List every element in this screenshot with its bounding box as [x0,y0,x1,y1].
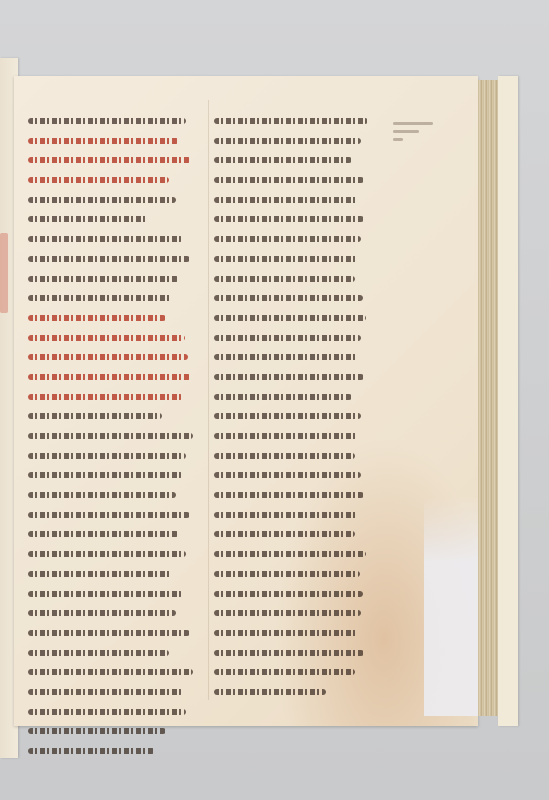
text-line [214,256,358,262]
text-line [214,472,361,478]
text-line [214,276,355,282]
text-line [214,197,358,203]
text-line [28,630,190,636]
text-line [214,138,361,144]
text-line [28,492,176,498]
text-line [28,610,176,616]
text-line [28,354,188,360]
text-line [28,177,169,183]
marginal-note [393,122,437,146]
text-line [28,748,155,754]
fore-edge [478,80,498,716]
text-line [28,669,193,675]
text-line [28,433,193,439]
text-line [28,256,190,262]
text-line [214,669,355,675]
text-line [214,374,364,380]
text-line [28,118,186,124]
text-line [214,335,361,341]
text-line [28,531,179,537]
text-line [28,512,190,518]
text-line [214,551,366,557]
book-cover-edge [498,76,518,726]
text-line [28,394,183,400]
text-line [28,295,172,301]
text-line [214,413,361,419]
text-line [214,354,358,360]
illumination-fragment [0,233,8,313]
text-line [28,413,162,419]
text-line [28,650,169,656]
text-line [214,531,355,537]
text-line [28,216,148,222]
text-line [214,295,363,301]
text-line [214,216,364,222]
left-text-column [28,118,200,768]
text-line [28,335,185,341]
text-line [214,118,368,124]
text-line [214,689,326,695]
right-text-column [214,118,374,709]
text-line [214,394,352,400]
text-line [214,591,363,597]
text-line [28,138,179,144]
pale-patch [424,496,478,716]
text-line [214,512,358,518]
text-line [214,650,364,656]
text-line [214,571,360,577]
text-line [28,236,183,242]
text-line [214,315,366,321]
text-line [28,197,176,203]
text-line [28,453,186,459]
text-line [28,551,186,557]
text-line [28,709,186,715]
text-line [214,610,361,616]
text-line [28,276,179,282]
text-line [214,630,358,636]
text-line [214,492,364,498]
text-line [28,315,166,321]
text-line [28,728,166,734]
text-line [214,433,358,439]
column-ruling [208,100,209,700]
text-line [214,177,364,183]
text-line [214,157,352,163]
text-line [28,689,183,695]
text-line [28,374,191,380]
text-line [28,591,183,597]
text-line [214,236,361,242]
text-line [28,157,191,163]
text-line [28,472,183,478]
text-line [28,571,172,577]
text-line [214,453,355,459]
